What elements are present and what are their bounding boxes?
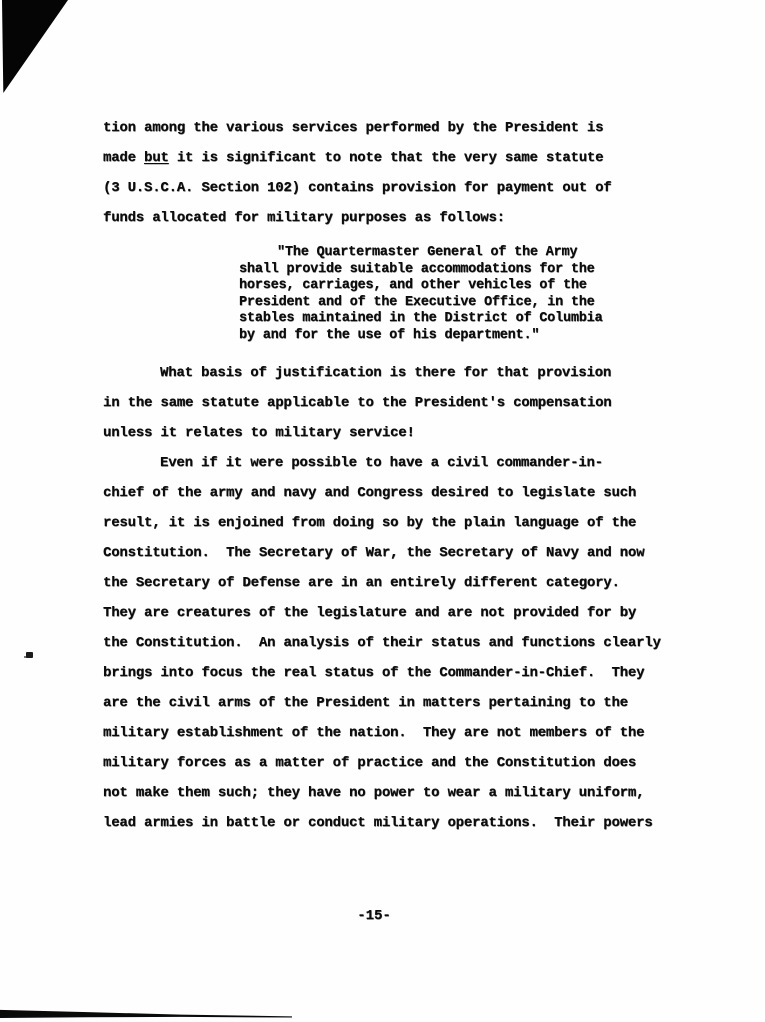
text-line: lead armies in battle or conduct militar… [103, 808, 688, 838]
paragraph-commander-in-chief: Even if it were possible to have a civil… [103, 448, 688, 838]
document-body: tion among the various services performe… [103, 113, 688, 838]
text-segment: made [103, 150, 144, 166]
corner-fold-artifact [2, 0, 68, 93]
ink-speck-artifact [26, 652, 33, 658]
quote-line: by and for the use of his department." [239, 328, 639, 345]
quote-line: horses, carriages, and other vehicles of… [239, 278, 639, 295]
page-number: -15- [0, 908, 748, 924]
paragraph-statute: tion among the various services performe… [103, 113, 688, 233]
quote-line: stables maintained in the District of Co… [239, 311, 639, 328]
text-line: result, it is enjoined from doing so by … [103, 508, 688, 538]
quote-line: "The Quartermaster General of the Army [239, 245, 639, 262]
paragraph-justification: What basis of justification is there for… [103, 358, 688, 448]
text-line: military forces as a matter of practice … [103, 748, 688, 778]
text-line: the Constitution. An analysis of their s… [103, 628, 688, 658]
text-line: Constitution. The Secretary of War, the … [103, 538, 688, 568]
scanned-document-page: tion among the various services performe… [0, 0, 765, 1022]
text-line: tion among the various services performe… [103, 113, 688, 143]
quote-line: President and of the Executive Office, i… [239, 295, 639, 312]
text-line: funds allocated for military purposes as… [103, 203, 688, 233]
underlined-word: but [144, 150, 169, 166]
text-line: brings into focus the real status of the… [103, 658, 688, 688]
quote-line: shall provide suitable accommodations fo… [239, 262, 639, 279]
text-line: Even if it were possible to have a civil… [103, 448, 688, 478]
text-line: chief of the army and navy and Congress … [103, 478, 688, 508]
text-line: (3 U.S.C.A. Section 102) contains provis… [103, 173, 688, 203]
text-line: They are creatures of the legislature an… [103, 598, 688, 628]
text-line: made but it is significant to note that … [103, 143, 688, 173]
statute-blockquote: "The Quartermaster General of the Army s… [239, 245, 639, 344]
text-line: in the same statute applicable to the Pr… [103, 388, 688, 418]
text-line: unless it relates to military service! [103, 418, 688, 448]
text-line: are the civil arms of the President in m… [103, 688, 688, 718]
text-line: the Secretary of Defense are in an entir… [103, 568, 688, 598]
scan-streak-artifact [0, 1009, 292, 1018]
text-line: military establishment of the nation. Th… [103, 718, 688, 748]
text-line: What basis of justification is there for… [103, 358, 688, 388]
text-line: not make them such; they have no power t… [103, 778, 688, 808]
text-segment: it is significant to note that the very … [169, 150, 604, 166]
